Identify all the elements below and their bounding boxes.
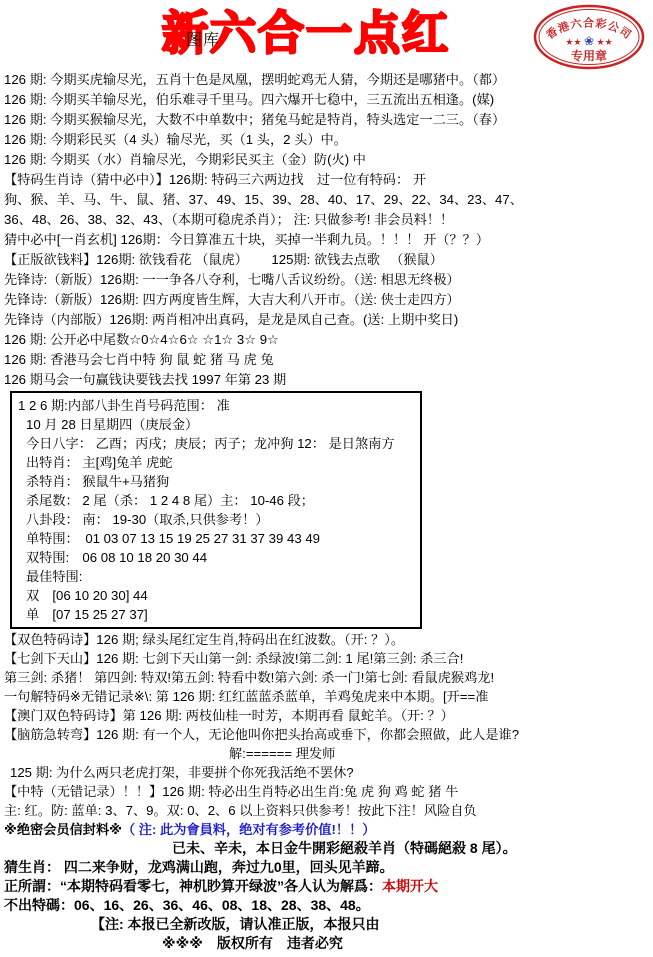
box-line: 单 [07 15 25 27 37] <box>26 605 418 624</box>
seal-bottom-text: 专用章 <box>571 48 607 63</box>
copyright-line: ※※※ 版权所有 违者必究 <box>4 934 653 953</box>
member-note-label: ※绝密会员信封料※ <box>4 822 122 837</box>
seal-stars-left: ★★ <box>565 37 581 47</box>
box-line: 双 [06 10 20 30] 44 <box>26 586 418 605</box>
lottery-tip-sheet: 新六合一点红 图库 香港六合彩公司 ★★ ❀ ★★ 专用章 126 期: 今期买… <box>0 0 653 957</box>
company-seal: 香港六合彩公司 ★★ ❀ ★★ 专用章 <box>531 3 647 71</box>
box-line: 出特肖： 主[鸡]兔羊 虎蛇 <box>26 453 418 472</box>
box-line: 双特围: 06 08 10 18 20 30 44 <box>26 548 418 567</box>
bagua-box: 1 2 6 期:内部八卦生肖号码范围： 准 10 月 28 日星期四（庚辰金） … <box>10 391 422 629</box>
edition-note-line: 【注: 本报已全新改版，请认准正版，本报只由 <box>4 915 653 934</box>
seal-stars-row: ★★ ❀ ★★ <box>565 34 612 48</box>
member-note-blue-text: （ 注: 此为會員料，绝对有参考价值!！！） <box>122 822 375 837</box>
kill-zodiac-line: 已未、辛未，本日金牛開彩絕殺羊肖（特碼絕殺 8 尾）。 <box>4 839 653 858</box>
zhengsuowei-highlight: 本期开大 <box>382 878 438 894</box>
tip-line: 126 期: 今期买羊输尽光，伯乐难寻千里马。四六爆开七稳中，三五流出五相逢。(… <box>4 90 653 110</box>
tip-line: 125 期: 为什么两只老虎打架，非要拼个你死我活绝不罢休? <box>4 763 653 782</box>
tip-line: 126 期马会一句赢钱诀要钱去找 1997 年第 23 期 <box>4 370 653 390</box>
zhengsuowei-text: 正所謂：“本期特码看零七，神机眇算开绿波”各人认为解爲： <box>4 878 382 894</box>
tip-line: 126 期: 今期买猴输尽光，大数不中单数中；猪兔马蛇是特肖，特头选定一二三。（… <box>4 110 653 130</box>
guess-zodiac-line: 猜生肖： 四二来争财，龙鸡满山跑，奔过九0里，回头见羊蹄。 <box>4 858 653 877</box>
tip-line: 36、48、26、38、32、43、（本期可稳虎杀肖）； 注: 只做参考! 非会… <box>4 210 653 230</box>
seal-stars-right: ★★ <box>597 37 613 47</box>
tip-line: 126 期: 今期彩民买（4 头）输尽光，买（1 头，2 头）中。 <box>4 130 653 150</box>
tip-line: 一句解特码※无错记录※\: 第 126 期: 红红蓝蓝杀蓝单，羊鸡兔虎来中本期。… <box>4 687 653 706</box>
body-content: 126 期: 今期买虎输尽光，五肖十色是凤凰，摆明蛇鸡无人猜，今期还是哪猪中。（… <box>0 70 653 953</box>
sheet-title: 新六合一点红 <box>96 2 516 64</box>
member-note-line: ※绝密会员信封料※（ 注: 此为會員料，绝对有参考价值!！！） <box>4 820 653 839</box>
box-line: 杀尾数： 2 尾（杀： 1 2 4 8 尾）主： 10-46 段； <box>26 491 418 510</box>
tip-line: 126 期: 公开必中尾数☆0☆4☆6☆ ☆1☆ 3☆ 9☆ <box>4 330 653 350</box>
seal-flower-icon: ❀ <box>584 34 594 48</box>
tuku-overlay-label: 图库 <box>186 27 220 50</box>
sheet-header: 新六合一点红 图库 香港六合彩公司 ★★ ❀ ★★ 专用章 <box>0 0 653 70</box>
box-line: 最佳特围: <box>26 567 418 586</box>
riddle-answer-line: 解:====== 理发师 <box>4 744 653 763</box>
tip-line: 126 期: 香港马会七肖中特 狗 鼠 蛇 猪 马 虎 兔 <box>4 350 653 370</box>
bottom-section: 【双色特码诗】126 期; 绿头尾红定生肖,特码出在红波数。（开: ？）。 【七… <box>4 630 653 953</box>
tip-line: 126 期: 今期买虎输尽光，五肖十色是凤凰，摆明蛇鸡无人猜，今期还是哪猪中。（… <box>4 70 653 90</box>
tip-line: 主: 红。防: 蓝单: 3、7、9。双: 0、2、6 以上资料只供参考！按此下注… <box>4 801 653 820</box>
box-line: 杀特肖： 猴鼠牛+马猪狗 <box>26 472 418 491</box>
zhengsuowei-line: 正所謂：“本期特码看零七，神机眇算开绿波”各人认为解爲：本期开大 <box>4 877 653 896</box>
tip-line: 猜中必中[一肖玄机] 126期：今日算准五十块，买掉一半剩九员。！！！ 开（？？… <box>4 230 653 250</box>
box-line: 八卦段： 南： 19-30（取杀,只供参考！） <box>26 510 418 529</box>
tip-line: 先锋诗:（新版）126期: 四方两度皆生辉，大吉大利八开市。（送: 侠士走四方） <box>4 290 653 310</box>
tip-line: 先锋诗:（新版）126期: 一一争各八夺利，七嘴八舌议纷纷。（送: 相思无终极） <box>4 270 653 290</box>
tip-line: 【七剑下天山】126 期: 七剑下天山第一剑: 杀绿波!第二剑: 1 尾!第三剑… <box>4 649 653 668</box>
tip-line: 【脑筋急转弯】126 期: 有一个人，无论他叫你把头抬高或垂下，你都会照做，此人… <box>4 725 653 744</box>
tip-line: 【中特（无错记录）！！】126 期: 特必出生肖特必出生肖:兔 虎 狗 鸡 蛇 … <box>4 782 653 801</box>
tip-line: 【特码生肖诗（猜中必中）】126期: 特码三六两边找 过一位有特码： 开 <box>4 170 653 190</box>
tip-line: 狗、猴、羊、马、牛、鼠、猪、37、49、15、39、28、40、17、29、22… <box>4 190 653 210</box>
tip-line: 第三剑: 杀猪！ 第四剑: 特双!第五剑: 特看中数!第六剑: 杀一门!第七剑:… <box>4 668 653 687</box>
box-line: 1 2 6 期:内部八卦生肖号码范围： 准 <box>18 396 418 415</box>
tip-line: 【双色特码诗】126 期; 绿头尾红定生肖,特码出在红波数。（开: ？）。 <box>4 630 653 649</box>
box-line: 单特围： 01 03 07 13 15 19 25 27 31 37 39 43… <box>26 529 418 548</box>
tip-line: 126 期: 今期买（水）肖输尽光，今期彩民买主（金）防(火) 中 <box>4 150 653 170</box>
tip-line: 先锋诗（内部版）126期: 两肖相冲出真码，是龙是凤自己查。(送: 上期中奖日) <box>4 310 653 330</box>
box-line: 今日八字： 乙酉；丙戌；庚辰；丙子；龙冲狗 12： 是日煞南方 <box>26 434 418 453</box>
tip-line: 【澳门双色特码诗】第 126 期: 两枝仙桂一时芳，本期再看 鼠蛇羊。（开: ？… <box>4 706 653 725</box>
excluded-numbers-line: 不出特碼：06、16、26、36、46、08、18、28、38、48。 <box>4 896 653 915</box>
box-line: 10 月 28 日星期四（庚辰金） <box>26 415 418 434</box>
tip-line: 【正版欲钱料】126期: 欲钱看花 （鼠虎） 125期: 欲钱去点歌 （猴鼠） <box>4 250 653 270</box>
